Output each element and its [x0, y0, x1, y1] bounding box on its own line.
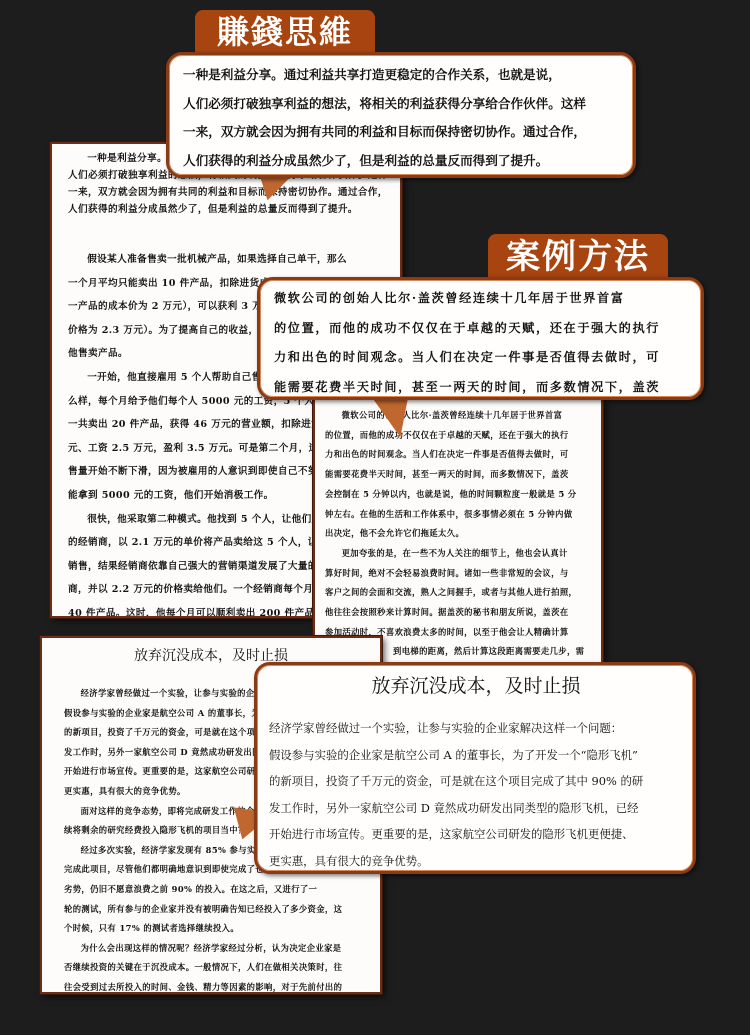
page-line: 的位置，而他的成功不仅仅在于卓越的天赋，还在于强大的执行	[325, 426, 593, 446]
page-line: 力和出色的时间观念。当人们在决定一件事是否值得去做时，可	[325, 445, 593, 465]
page-line: 一来，双方就会因为拥有共同的利益和目标而保持密切协作。通过合作，	[68, 184, 386, 201]
page-line: 个时候，只有 17% 的测试者选择继续投入。	[64, 919, 370, 939]
page-line: 会控制在 5 分钟以内，也就是说，他的时间颗粒度一般就是 5 分	[325, 485, 593, 505]
page-line: 能需要花费半天时间，甚至一两天的时间，而多数情况下，盖茨	[325, 465, 593, 485]
page-line: 钟左右。在他的生活和工作体系中，很多事情必须在 5 分钟内做	[325, 505, 593, 525]
page-line: 轮的测试，所有参与的企业家并没有被明确告知已经投入了多少资金，这	[64, 900, 370, 920]
callout-line: 开始进行市场宣传。更重要的是，这家航空公司研发的隐形飞机更便捷、	[269, 821, 683, 848]
page-text: 微软公司的创始人比尔·盖茨曾经连续十几年居于世界首富 的位置，而他的成功不仅仅在…	[325, 406, 593, 668]
book-page-bill-gates: 微软公司的创始人比尔·盖茨曾经连续十几年居于世界首富 的位置，而他的成功不仅仅在…	[313, 398, 603, 668]
callout-sunk-cost: 放弃沉没成本，及时止损 经济学家曾经做过一个实验，让参与实验的企业家解决这样一个…	[254, 662, 696, 874]
callout-line: 假设参与实验的企业家是航空公司 A 的董事长，为了开发一个“隐形飞机”	[269, 742, 683, 769]
page-line: 往会受到过去所投入的时间、金钱、精力等因素的影响，对于先前付出的	[64, 978, 370, 994]
page-line: 为什么会出现这样的情况呢？经济学家经过分析，认为决定企业家是	[64, 939, 370, 959]
section-badge-case-method: 案例方法	[488, 234, 668, 280]
page-line: 算好时间，绝对不会轻易浪费时间。诸如一些非常短的会议，与	[325, 564, 593, 584]
callout-line: 微软公司的创始人比尔·盖茨曾经连续十几年居于世界首富	[274, 284, 693, 314]
callout-line: 能需要花费半天时间，甚至一两天的时间，而多数情况下，盖茨	[274, 373, 693, 401]
section-badge-earning-mindset: 賺錢思維	[195, 10, 375, 54]
callout-line: 一种是利益分享。通过利益共享打造更稳定的合作关系，也就是说，	[183, 61, 623, 90]
page-line: 劣势，仍旧不愿意浪费之前 90% 的投入。在这之后，又进行了一	[64, 880, 370, 900]
page-line: 客户之间的会面和交流，熟人之间握手，或者与其他人进行拍照，	[325, 583, 593, 603]
callout-line: 一来，双方就会因为拥有共同的利益和目标而保持密切协作。通过合作，	[183, 118, 623, 147]
callout-line: 的位置，而他的成功不仅仅在于卓越的天赋，还在于强大的执行	[274, 314, 693, 344]
page-line: 否继续投资的关键在于沉没成本。一般情况下，人们在做相关决策时，往	[64, 958, 370, 978]
callout-line: 人们获得的利益分成虽然少了，但是利益的总量反而得到了提升。	[183, 147, 623, 176]
callout-line: 力和出色的时间观念。当人们在决定一件事是否值得去做时，可	[274, 343, 693, 373]
callout-line: 更实惠，具有很大的竞争优势。	[269, 848, 683, 875]
callout-line: 经济学家曾经做过一个实验，让参与实验的企业家解决这样一个问题：	[269, 715, 683, 742]
page-line: 更加夸张的是，在一些不为人关注的细节上，他也会认真计	[325, 544, 593, 564]
page-line: 微软公司的创始人比尔·盖茨曾经连续十几年居于世界首富	[325, 406, 593, 426]
callout-title: 放弃沉没成本，及时止损	[269, 671, 683, 701]
page-line: 他往往会按照秒来计算时间。据盖茨的秘书和朋友所说，盖茨在	[325, 603, 593, 623]
callout-profit-sharing: 一种是利益分享。通过利益共享打造更稳定的合作关系，也就是说， 人们必须打破独享利…	[166, 52, 636, 178]
callout-line: 人们必须打破独享利益的想法，将相关的利益获得分享给合作伙伴。这样	[183, 90, 623, 119]
callout-bill-gates: 微软公司的创始人比尔·盖茨曾经连续十几年居于世界首富 的位置，而他的成功不仅仅在…	[257, 277, 704, 400]
page-line: 人们获得的利益分成虽然少了，但是利益的总量反而得到了提升。	[68, 201, 386, 218]
page-line: 出决定，他不会允许它们拖延太久。	[325, 524, 593, 544]
callout-line: 的新项目，投资了千万元的资金，可是就在这个项目完成了其中 90% 的研	[269, 768, 683, 795]
callout-line: 发工作时，另外一家航空公司 D 竟然成功研发出同类型的隐形飞机，已经	[269, 795, 683, 822]
page-line: 假设某人准备售卖一批机械产品，如果选择自己单干，那么	[68, 248, 386, 272]
